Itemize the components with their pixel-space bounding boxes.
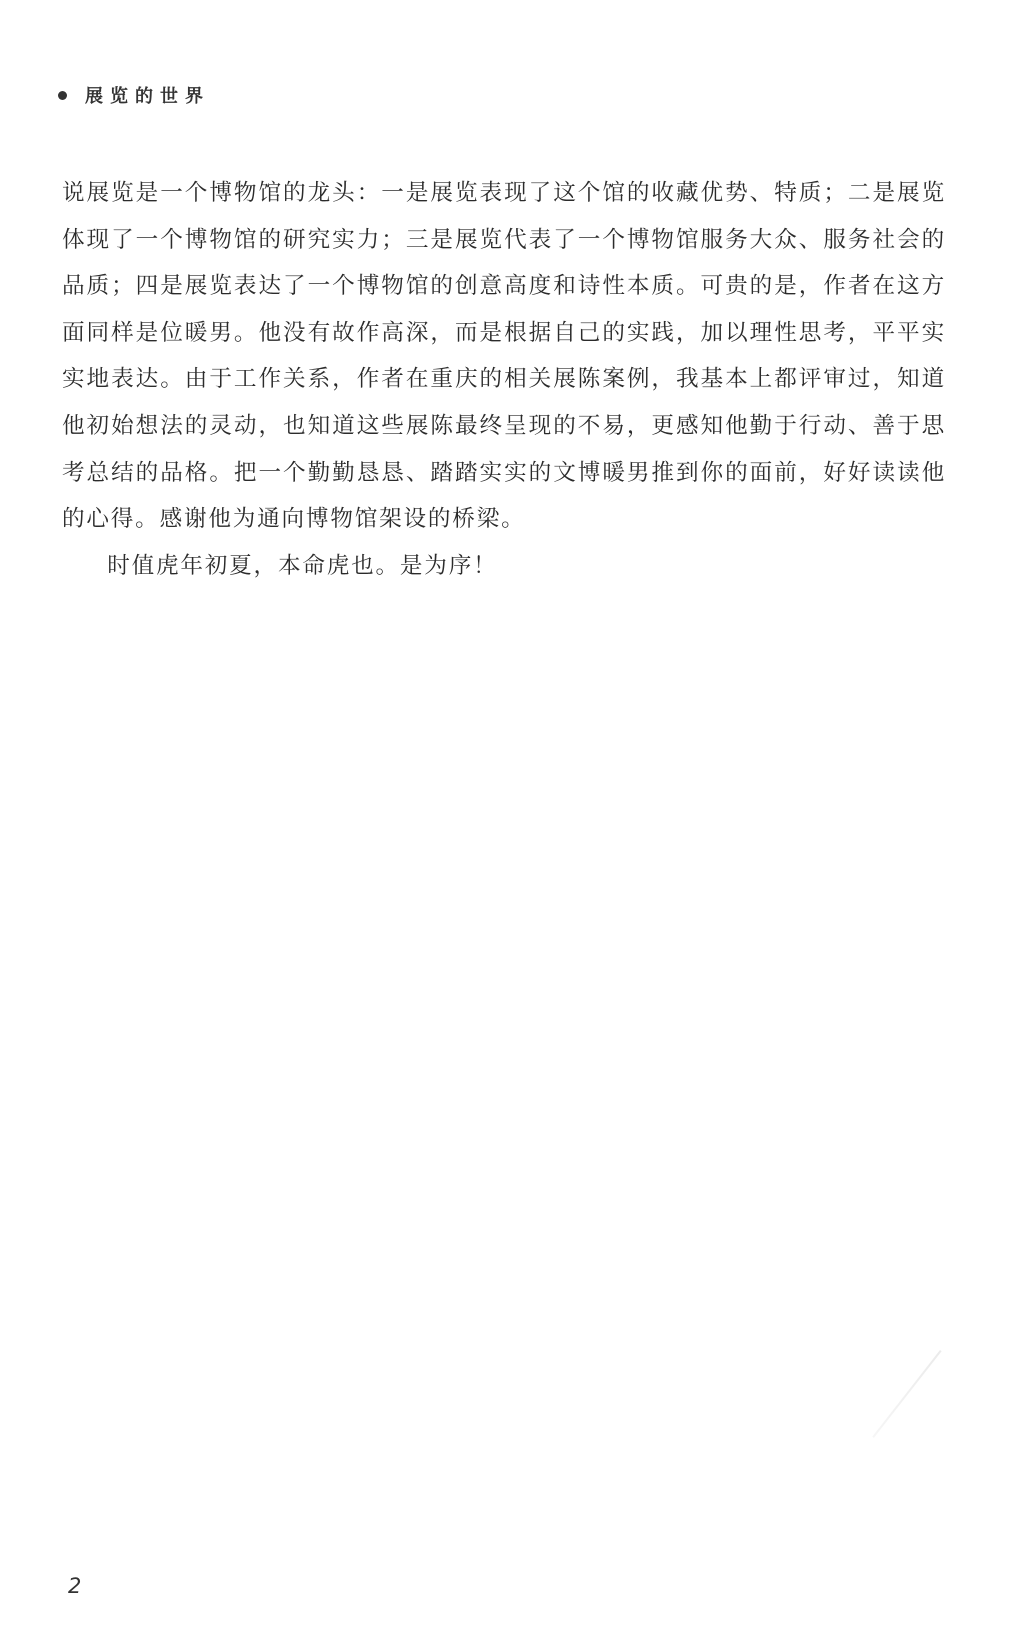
closing-paragraph: 时值虎年初夏，本命虎也。是为序！ [62,543,946,590]
body-text: 说展览是一个博物馆的龙头：一是展览表现了这个馆的收藏优势、特质；二是展览体现了一… [62,170,946,589]
paragraph: 说展览是一个博物馆的龙头：一是展览表现了这个馆的收藏优势、特质；二是展览体现了一… [62,170,946,543]
running-header: 展览的世界 [58,82,210,108]
bullet-dot-icon [58,91,67,100]
scan-artifact [872,1350,941,1438]
running-title: 展览的世界 [85,82,210,108]
page-number: 2 [68,1574,81,1598]
